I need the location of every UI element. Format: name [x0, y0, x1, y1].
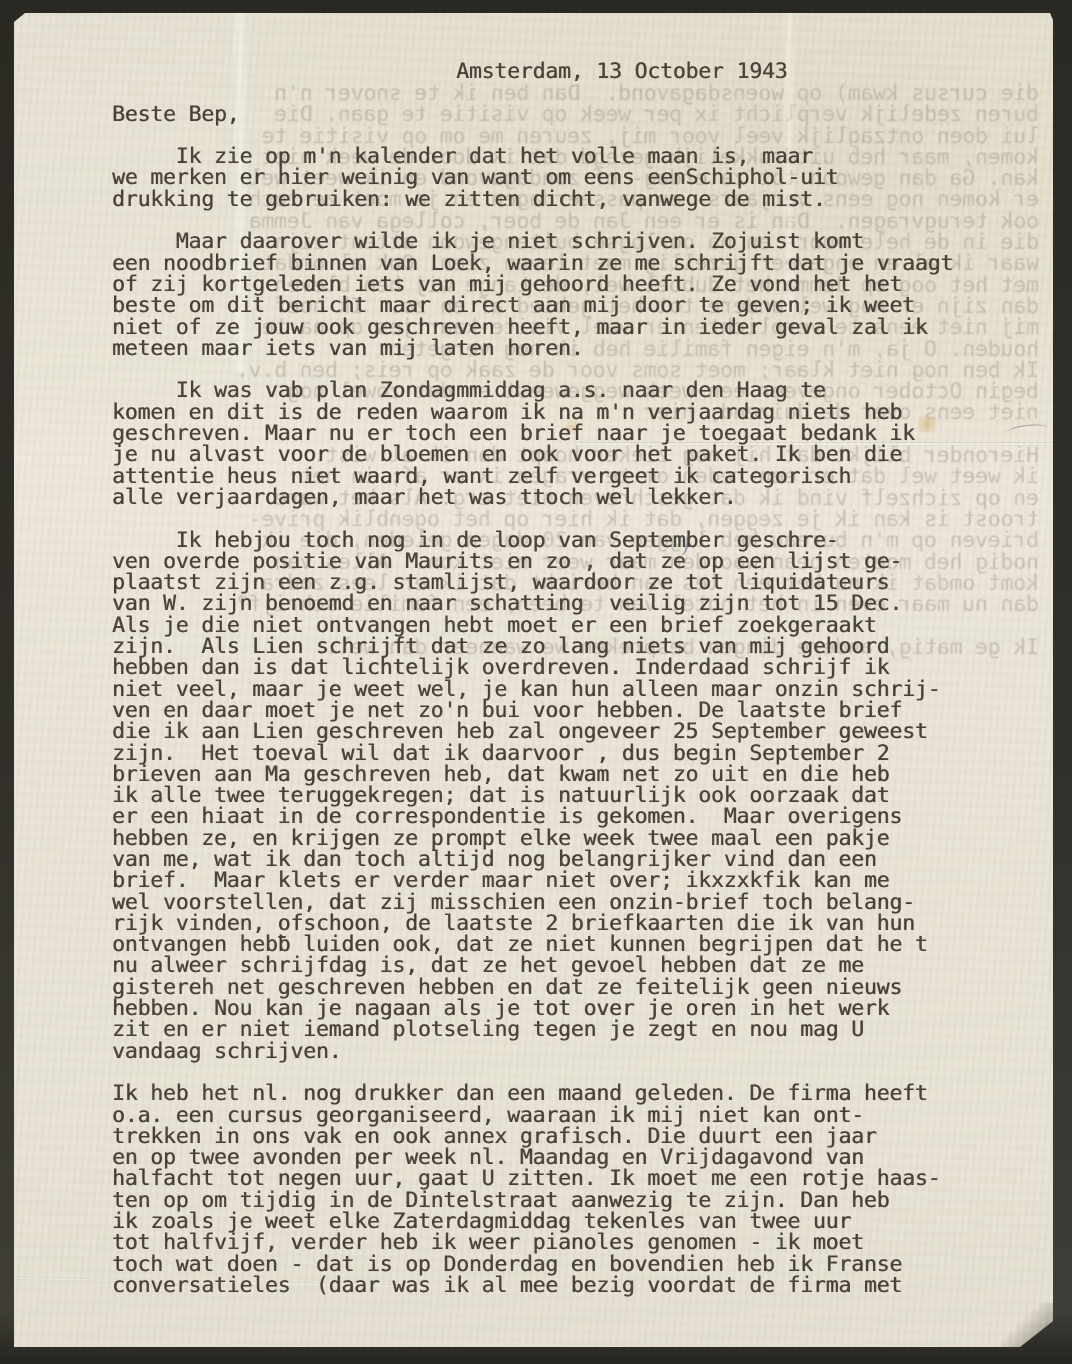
letter-line: er een hiaat in de correspondentie is ge…: [112, 806, 1043, 827]
letter-line: rijk vinden, ofschoon, de laatste 2 brie…: [112, 913, 1043, 934]
letter-line: ontvangen hebƀ luiden ook, dat ze niet k…: [112, 934, 1043, 955]
letter-line: hebben. Nou kan je nagaan als je tot ove…: [112, 998, 1043, 1019]
letter-body: Amsterdam, 13 October 1943 Beste Bep, Ik…: [112, 61, 1043, 1296]
letter-line: ven overde positie van Maurits en zo , d…: [112, 551, 1043, 572]
letter-line: we merken er hier weinig van want om een…: [112, 167, 1043, 188]
letter-line: ik alle twee teruggekregen; dat is natuu…: [112, 785, 1043, 806]
letter-line: attentie heus niet waard, want zelf verg…: [112, 466, 1043, 487]
letter-line: niet of ze jouw ook geschreven heeft, ma…: [112, 317, 1043, 338]
letter-paragraphs: Ik zie op m'n kalender dat het volle maa…: [112, 146, 1043, 1296]
letter-line: trekken in ons vak en ook annex grafisch…: [112, 1126, 1043, 1147]
letter-line: brief. Maar klets er verder maar niet ov…: [112, 870, 1043, 891]
letter-line: Ik was vab plan Zondagmmiddag a.s. naar …: [112, 380, 1043, 401]
letter-line: Ik zie op m'n kalender dat het volle maa…: [112, 146, 1043, 167]
letter-line: toch wat doen - dat is op Donderdag en b…: [112, 1254, 1043, 1275]
letter-line: Ik hebjou toch nog in de loop van Septem…: [112, 530, 1043, 551]
letter-line: o.a. een cursus georganiseerd, waaraan i…: [112, 1105, 1043, 1126]
blank-line: [112, 82, 1043, 103]
blank-line: [112, 125, 1043, 146]
letter-line: die ik aan Lien geschreven heb zal ongev…: [112, 721, 1043, 742]
letter-line: van W. zijn benoemd en naar schatting ve…: [112, 593, 1043, 614]
letter-line: halfacht tot negen uur, gaat U zitten. I…: [112, 1168, 1043, 1189]
letter-line: zit en er niet iemand plotseling tegen j…: [112, 1019, 1043, 1040]
letter-line: of zij kortgeleden iets van mij gehoord …: [112, 274, 1043, 295]
letter-line: ten op om tijdig in de Dintelstraat aanw…: [112, 1190, 1043, 1211]
letter-line: alle verjaardagen, maar het was ttoch we…: [112, 487, 1043, 508]
letter-line: Maar daarover wilde ik je niet schrijven…: [112, 231, 1043, 252]
letter-line: komen en dit is de reden waarom ik na m'…: [112, 402, 1043, 423]
photo-backdrop: die cursus kwam) op woensdagavond. Dan b…: [0, 0, 1072, 1364]
letter-line: Ik heb het nl. nog drukker dan een maand…: [112, 1083, 1043, 1104]
letter-line: geschreven. Maar nu er toch een brief na…: [112, 423, 1043, 444]
letter-line: niet veel, maar je weet wel, je kan hun …: [112, 679, 1043, 700]
letter-line: zijn. Als Lien schrijft dat ze zo lang n…: [112, 636, 1043, 657]
salutation: Beste Bep,: [112, 104, 1043, 125]
letter-line: drukking te gebruiken: we zitten dicht, …: [112, 189, 1043, 210]
letter-line: beste om dit bericht maar direct aan mij…: [112, 295, 1043, 316]
dateline: Amsterdam, 13 October 1943: [112, 61, 1043, 82]
letter-line: brieven aan Ma geschreven heb, dat kwam …: [112, 764, 1043, 785]
letter-line: nu alweer schrijfdag is, dat ze het gevo…: [112, 955, 1043, 976]
folded-corner-shadow: [1001, 1303, 1053, 1347]
letter-paragraph: Ik zie op m'n kalender dat het volle maa…: [112, 146, 1043, 210]
letter-line: hebben dan is dat lichtelijk overdreven.…: [112, 657, 1043, 678]
letter-line: en op twee avonden per week nl. Maandag …: [112, 1147, 1043, 1168]
letter-line: een noodbrief binnen van Loek, waarin ze…: [112, 253, 1043, 274]
letter-line: zijn. Het toeval wil dat ik daarvoor , d…: [112, 743, 1043, 764]
letter-line: vandaag schrijven.: [112, 1041, 1043, 1062]
letter-line: meteen maar iets van mij laten horen.: [112, 338, 1043, 359]
letter-line: wel voorstellen, dat zij misschien een o…: [112, 892, 1043, 913]
letter-paragraph: Ik was vab plan Zondagmmiddag a.s. naar …: [112, 380, 1043, 508]
letter-line: ven en daar moet je net zo'n bui voor he…: [112, 700, 1043, 721]
letter-paragraph: Ik hebjou toch nog in de loop van Septem…: [112, 530, 1043, 1062]
letter-line: van me, wat ik dan toch altijd nog belan…: [112, 849, 1043, 870]
letter-line: hebben ze, en krijgen ze prompt elke wee…: [112, 828, 1043, 849]
letter-line: ik zoals je weet elke Zaterdagmiddag tek…: [112, 1211, 1043, 1232]
letter-line: tot halfvijf, verder heb ik weer pianole…: [112, 1232, 1043, 1253]
letter-paragraph: Ik heb het nl. nog drukker dan een maand…: [112, 1083, 1043, 1296]
letter-line: gistereh net geschreven hebben en dat ze…: [112, 977, 1043, 998]
letter-paper: die cursus kwam) op woensdagavond. Dan b…: [14, 13, 1053, 1347]
letter-line: conversatieles (daar was ik al mee bezig…: [112, 1275, 1043, 1296]
letter-line: je nu alvast voor de bloemen en ook voor…: [112, 444, 1043, 465]
letter-paragraph: Maar daarover wilde ik je niet schrijven…: [112, 231, 1043, 359]
letter-line: Als je die niet ontvangen hebt moet er e…: [112, 615, 1043, 636]
letter-line: plaatst zijn een z.g. stamlijst, waardoo…: [112, 572, 1043, 593]
